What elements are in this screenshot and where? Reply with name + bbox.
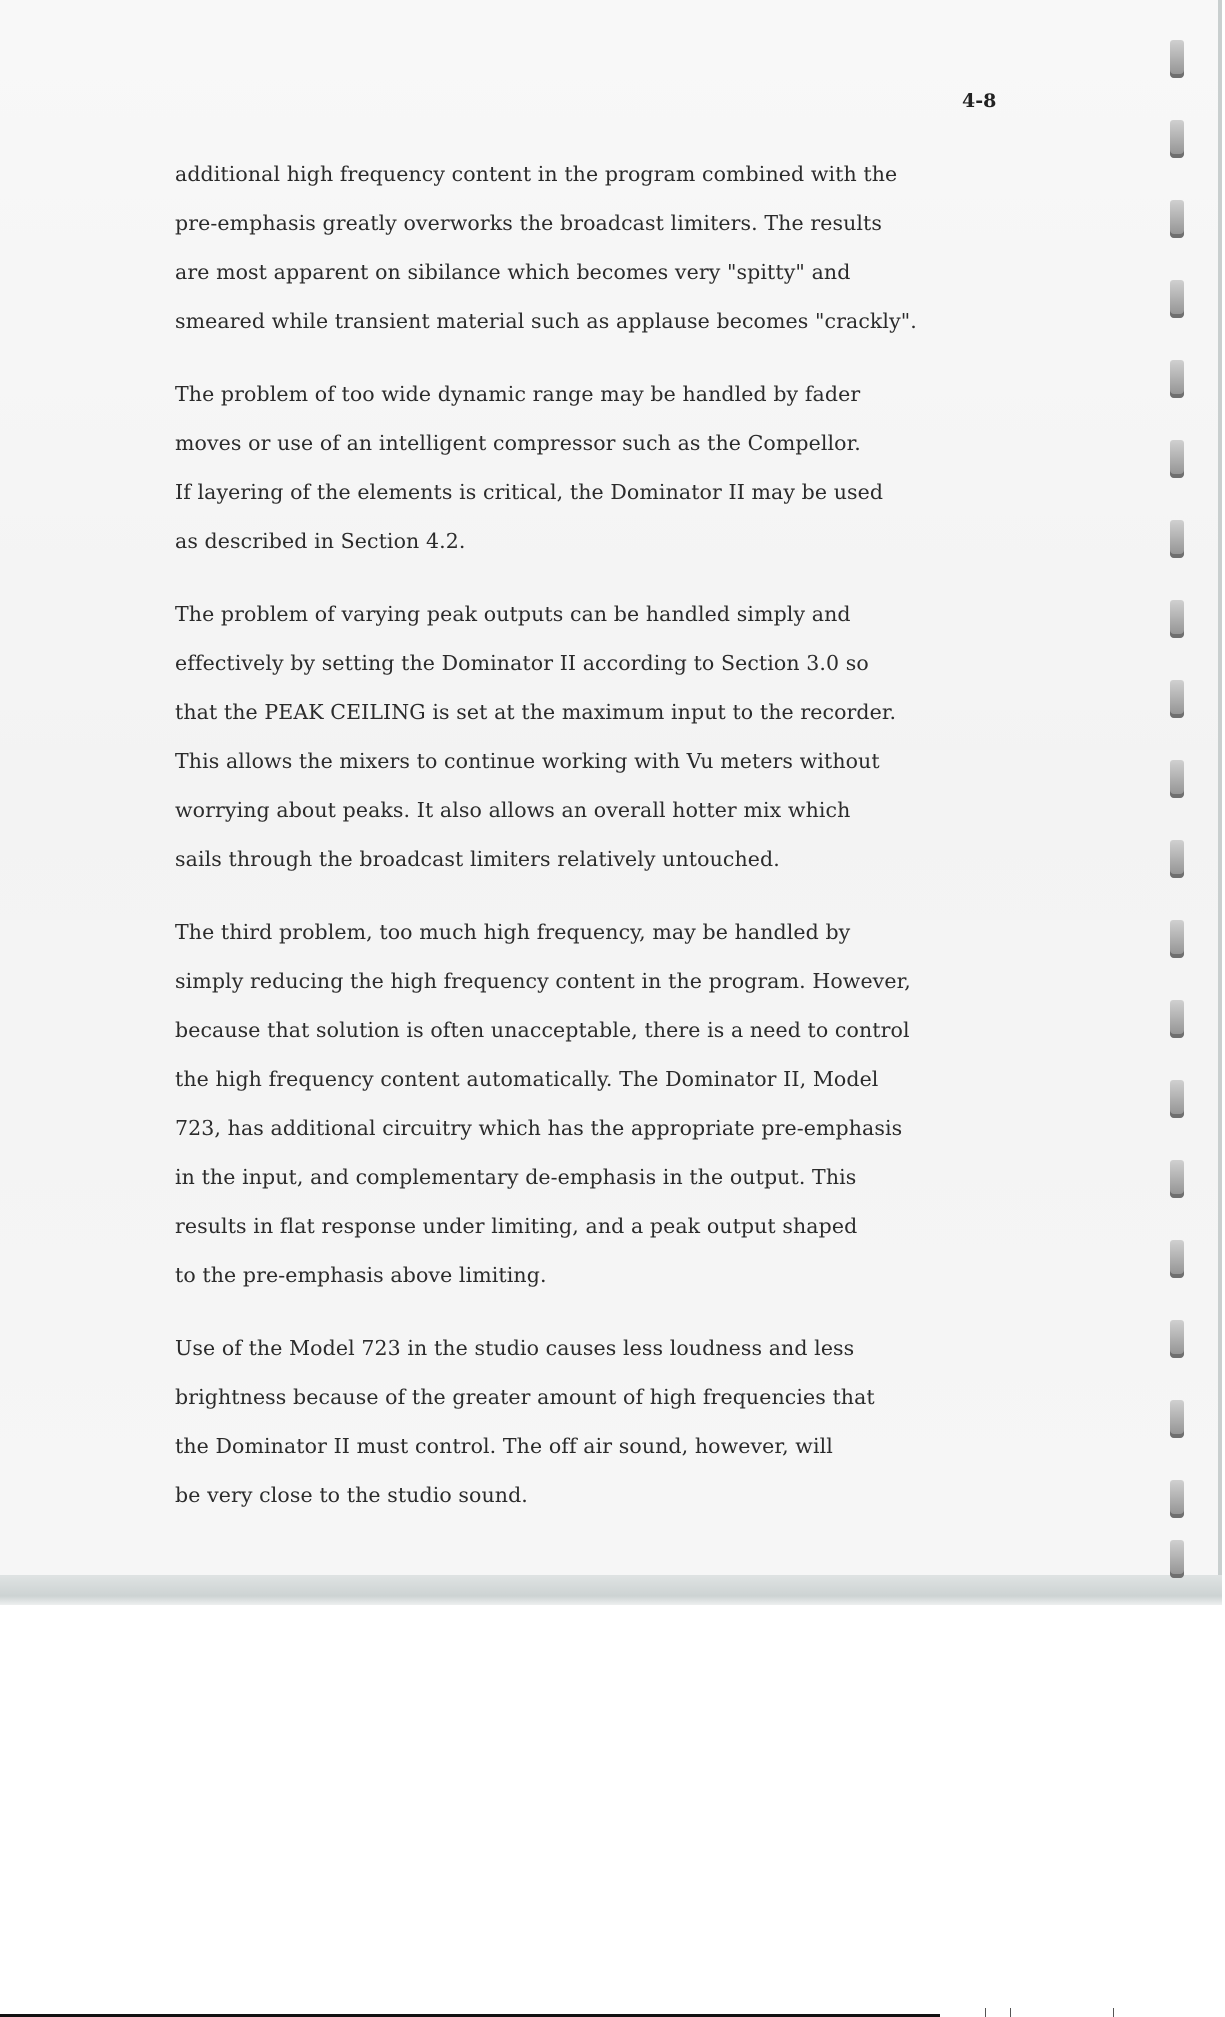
text-line: the Dominator II must control. The off a…	[175, 1422, 1075, 1471]
text-line: to the pre-emphasis above limiting.	[175, 1251, 1075, 1300]
binder-tab	[1170, 1400, 1184, 1438]
binder-tab	[1170, 1000, 1184, 1038]
text-line: The third problem, too much high frequen…	[175, 908, 1075, 957]
text-line: 723, has additional circuitry which has …	[175, 1104, 1075, 1153]
text-line: because that solution is often unaccepta…	[175, 1006, 1075, 1055]
text-line: brightness because of the greater amount…	[175, 1373, 1075, 1422]
text-line: smeared while transient material such as…	[175, 297, 1075, 346]
binder-tab	[1170, 1480, 1184, 1518]
paragraph: Use of the Model 723 in the studio cause…	[175, 1324, 1075, 1520]
text-line: are most apparent on sibilance which bec…	[175, 248, 1075, 297]
text-line: simply reducing the high frequency conte…	[175, 957, 1075, 1006]
page-edge	[1218, 0, 1222, 1580]
tick-mark	[1010, 2008, 1011, 2017]
page-bottom-shadow	[0, 1575, 1222, 1605]
binder-tab	[1170, 1160, 1184, 1198]
text-line: moves or use of an intelligent compresso…	[175, 419, 1075, 468]
binder-tab	[1170, 1080, 1184, 1118]
binder-tab	[1170, 360, 1184, 398]
text-line: that the PEAK CEILING is set at the maxi…	[175, 688, 1075, 737]
binder-tab	[1170, 120, 1184, 158]
text-line: be very close to the studio sound.	[175, 1471, 1075, 1520]
binder-tab	[1170, 840, 1184, 878]
text-line: If layering of the elements is critical,…	[175, 468, 1075, 517]
binder-tab	[1170, 280, 1184, 318]
binder-tab	[1170, 600, 1184, 638]
text-line: as described in Section 4.2.	[175, 517, 1075, 566]
binder-tab	[1170, 440, 1184, 478]
binder-tab	[1170, 1540, 1184, 1578]
text-line: additional high frequency content in the…	[175, 150, 1075, 199]
text-line: This allows the mixers to continue worki…	[175, 737, 1075, 786]
binder-tab	[1170, 520, 1184, 558]
binder-tab	[1170, 680, 1184, 718]
page-number: 4-8	[962, 90, 996, 112]
text-line: The problem of too wide dynamic range ma…	[175, 370, 1075, 419]
text-line: results in flat response under limiting,…	[175, 1202, 1075, 1251]
binder-tab	[1170, 200, 1184, 238]
paragraph: The third problem, too much high frequen…	[175, 908, 1075, 1300]
text-line: sails through the broadcast limiters rel…	[175, 835, 1075, 884]
paragraph: The problem of varying peak outputs can …	[175, 590, 1075, 884]
binder-tab	[1170, 40, 1184, 78]
binder-tab	[1170, 1240, 1184, 1278]
binder-tab	[1170, 760, 1184, 798]
text-line: effectively by setting the Dominator II …	[175, 639, 1075, 688]
paragraph: additional high frequency content in the…	[175, 150, 1075, 346]
text-line: Use of the Model 723 in the studio cause…	[175, 1324, 1075, 1373]
text-line: in the input, and complementary de-empha…	[175, 1153, 1075, 1202]
binder-tab	[1170, 920, 1184, 958]
paragraph: The problem of too wide dynamic range ma…	[175, 370, 1075, 566]
text-line: the high frequency content automatically…	[175, 1055, 1075, 1104]
text-line: The problem of varying peak outputs can …	[175, 590, 1075, 639]
body-text: additional high frequency content in the…	[175, 150, 1075, 1544]
text-line: pre-emphasis greatly overworks the broad…	[175, 199, 1075, 248]
binder-tab	[1170, 1320, 1184, 1358]
tick-mark	[1113, 2008, 1114, 2017]
tick-mark	[985, 2008, 986, 2017]
text-line: worrying about peaks. It also allows an …	[175, 786, 1075, 835]
